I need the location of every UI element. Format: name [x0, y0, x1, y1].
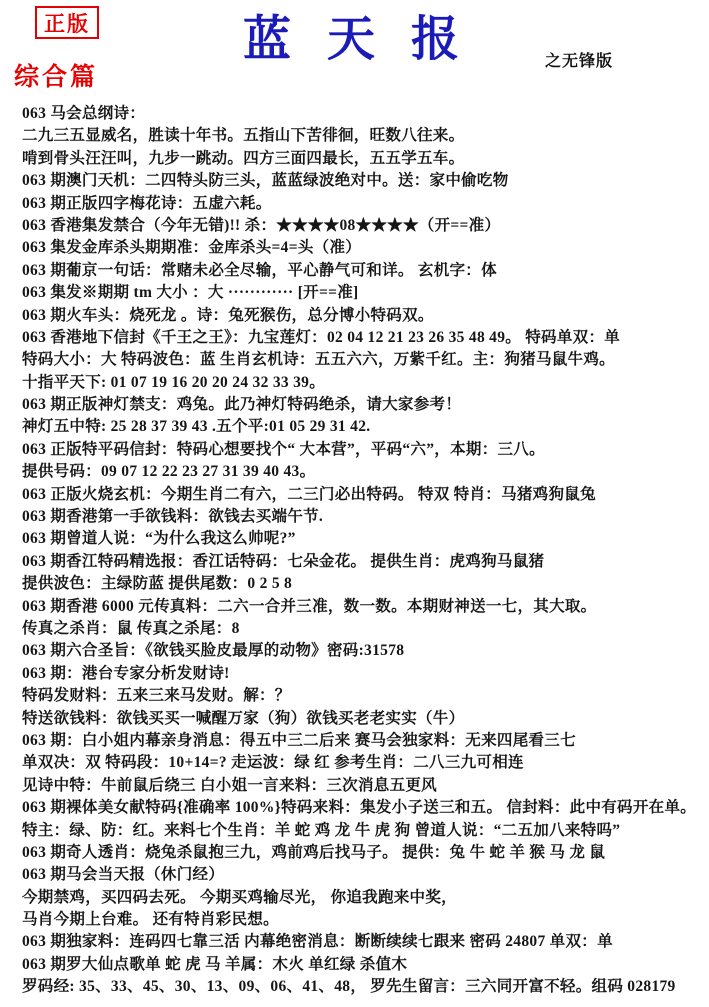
report-line: 063 期火车头：烧死龙 。诗：兔死猴伤，总分博小特码双。: [22, 305, 707, 327]
report-line: 特主：绿、防：红。来料七个生肖：羊 蛇 鸡 龙 牛 虎 狗 曾道人说：“二五加八…: [22, 820, 707, 842]
report-line: 传真之杀肖：鼠 传真之杀尾：8: [22, 618, 707, 640]
report-line: 063 期香江特码精选报：香江话特码：七朵金花。 提供生肖：虎鸡狗马鼠猪: [22, 551, 707, 573]
report-line: 063 期曾道人说：“为什么我这么帅呢?”: [22, 528, 707, 550]
report-line: 063 期澳门天机：二四特头防三头，蓝蓝绿波绝对中。送：家中偷吃物: [22, 170, 707, 192]
report-line: 063 期独家料：连码四七靠三活 内幕绝密消息：断断续续七跟来 密码 24807…: [22, 931, 707, 953]
report-line: 提供号码：09 07 12 22 23 27 31 39 40 43。: [22, 461, 707, 483]
report-line: 见诗中特：牛前鼠后绕三 白小姐一言来料：三次消息五更风: [22, 775, 707, 797]
report-line: 神灯五中特: 25 28 37 39 43 .五个平:01 05 29 31 4…: [22, 416, 707, 438]
report-line: 063 香港集发禁合（今年无错)!! 杀：★★★★08★★★★（开==准）: [22, 215, 707, 237]
report-body: 063 马会总纲诗： 二九三五显威名，胜读十年书。五指山下苦徘徊，旺数八往来。 …: [22, 103, 707, 999]
report-line: 063 期葡京一句话：常赌未必全尽输，平心静气可和详。 玄机字：体: [22, 260, 707, 282]
section-title: 综合篇: [14, 57, 98, 93]
report-line: 063 期奇人透肖：烧兔杀鼠抱三九，鸡前鸡后找马子。 提供：兔 牛 蛇 羊 猴 …: [22, 842, 707, 864]
report-line: 063 期罗大仙点歌单 蛇 虎 马 羊属：木火 单红绿 杀值木: [22, 954, 707, 976]
report-line: 二九三五显威名，胜读十年书。五指山下苦徘徊，旺数八往来。: [22, 125, 707, 147]
report-line: 063 期六合圣旨：《欲钱买脸皮最厚的动物》密码:31578: [22, 640, 707, 662]
report-line: 063 期：港台专家分析发财诗!: [22, 663, 707, 685]
report-line: 063 集发金库杀头期期准：金库杀头=4=头（准）: [22, 237, 707, 259]
report-line: 063 正版特平码信封：特码心想要找个“ 大本营”，平码“六”，本期：三八。: [22, 439, 707, 461]
report-line: 十指平天下: 01 07 19 16 20 20 24 32 33 39。: [22, 372, 707, 394]
report-line: 罗码经: 35、33、45、30、13、09、06、41、48， 罗先生留言：三…: [22, 976, 707, 998]
report-line: 特码发财料：五来三来马发财。解：？: [22, 685, 707, 707]
report-line: 063 期：白小姐内幕亲身消息：得五中三二后来 赛马会独家料：无来四尾看三七: [22, 730, 707, 752]
report-line: 啃到骨头汪汪叫，九步一跳动。四方三面四最长，五五学五车。: [22, 148, 707, 170]
report-line: 今期禁鸡，买四码去死。 今期买鸡输尽光， 你追我跑来中奖，: [22, 887, 707, 909]
report-line: 063 香港地下信封《千王之王》：九宝莲灯：02 04 12 21 23 26 …: [22, 327, 707, 349]
report-line: 单双决：双 特码段：10+14=? 走运波：绿 红 参考生肖：二八三九可相连: [22, 752, 707, 774]
report-line: 063 期马会当天报（休门经）: [22, 864, 707, 886]
edition-label: 之无锋版: [545, 48, 613, 71]
authenticity-stamp: 正版: [35, 6, 99, 39]
report-line: 063 马会总纲诗：: [22, 103, 707, 125]
report-line: 马肖今期上台难。 还有特肖彩民想。: [22, 909, 707, 931]
report-line: 063 期香港 6000 元传真料：二六一合并三准，数一数。本期财神送一七，其大…: [22, 596, 707, 618]
report-line: 063 期香港第一手欲钱料：欲钱去买端午节.: [22, 506, 707, 528]
report-line: 063 期裸体美女献特码{准确率 100%}特码来料：集发小子送三和五。 信封料…: [22, 797, 707, 819]
report-line: 063 期正版神灯禁支：鸡兔。此乃神灯特码绝杀，请大家参考！: [22, 394, 707, 416]
report-line: 063 集发※期期 tm 大小 ：大 ············ [开==准]: [22, 282, 707, 304]
page-title: 蓝天报: [243, 0, 495, 69]
report-line: 063 正版火烧玄机：今期生肖二有六，二三门必出特码。 特双 特肖：马猪鸡狗鼠兔: [22, 484, 707, 506]
report-line: 提供波色：主绿防蓝 提供尾数：0 2 5 8: [22, 573, 707, 595]
report-line: 特送欲钱料：欲钱买买一喊醒万家（狗）欲钱买老老实实（牛）: [22, 708, 707, 730]
report-line: 063 期正版四字梅花诗：五虚六耗。: [22, 193, 707, 215]
report-line: 特码大小：大 特码波色：蓝 生肖玄机诗：五五六六，万紫千红。主：狗猪马鼠牛鸡。: [22, 349, 707, 371]
